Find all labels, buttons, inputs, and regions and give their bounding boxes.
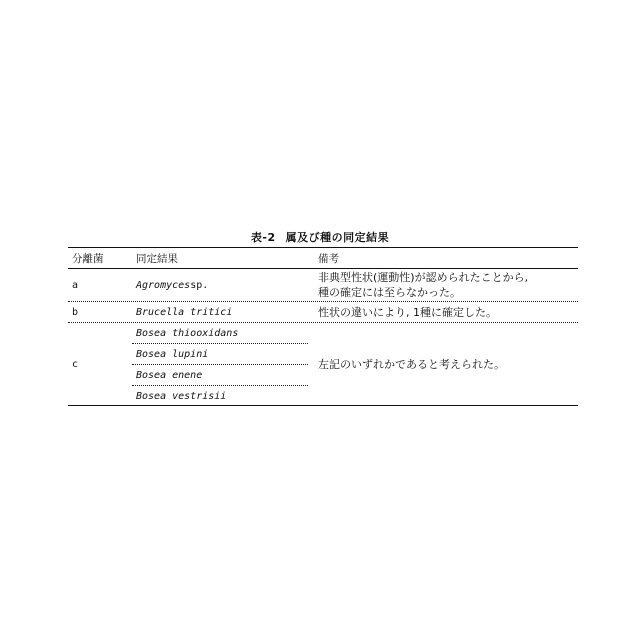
header-isolate: 分離菌 xyxy=(68,251,132,266)
remarks-cell: 非典型性状(運動性)が認められたことから, 種の確定には至らなかった。 xyxy=(308,269,578,301)
identification-table: 分離菌 同定結果 備考 a Agromyces sp. 非典型性状(運動性)が認… xyxy=(68,247,578,406)
table-caption: 表-2属及び種の同定結果 xyxy=(0,229,640,245)
species-suffix: sp. xyxy=(190,280,208,291)
table-number: 表-2 xyxy=(251,231,276,244)
species-name: Bosea lupini xyxy=(136,349,208,360)
species-subrow: Bosea enene xyxy=(132,365,308,385)
header-remarks: 備考 xyxy=(308,251,578,266)
table-row: c Bosea thiooxidans Bosea lupini Bosea e… xyxy=(68,323,578,405)
remarks-line: 非典型性状(運動性)が認められたことから, xyxy=(318,270,578,285)
table-title: 属及び種の同定結果 xyxy=(286,231,390,244)
identification-cell: Brucella tritici xyxy=(132,306,308,318)
isolate-cell: b xyxy=(68,307,132,318)
isolate-cell: a xyxy=(68,269,132,301)
remarks-cell: 性状の違いにより, 1種に確定した。 xyxy=(308,304,578,320)
table-row: a Agromyces sp. 非典型性状(運動性)が認められたことから, 種の… xyxy=(68,269,578,301)
table-header-row: 分離菌 同定結果 備考 xyxy=(68,248,578,268)
species-subrow: Bosea lupini xyxy=(132,344,308,364)
species-subrow: Bosea thiooxidans xyxy=(132,323,308,343)
identification-cell: Agromyces sp. xyxy=(132,269,308,301)
remarks-line: 種の確定には至らなかった。 xyxy=(318,285,578,300)
remarks-cell: 左記のいずれかであると考えられた。 xyxy=(308,323,578,405)
isolate-cell: c xyxy=(68,323,132,405)
species-name: Bosea vestrisii xyxy=(136,391,226,402)
species-name: Brucella tritici xyxy=(136,307,232,318)
species-name: Agromyces xyxy=(136,280,190,291)
table-row: b Brucella tritici 性状の違いにより, 1種に確定した。 xyxy=(68,302,578,322)
species-name: Bosea thiooxidans xyxy=(136,328,238,339)
identification-cell: Bosea thiooxidans Bosea lupini Bosea ene… xyxy=(132,323,308,405)
species-name: Bosea enene xyxy=(136,370,202,381)
species-subrow: Bosea vestrisii xyxy=(132,386,308,406)
header-identification: 同定結果 xyxy=(132,251,308,266)
